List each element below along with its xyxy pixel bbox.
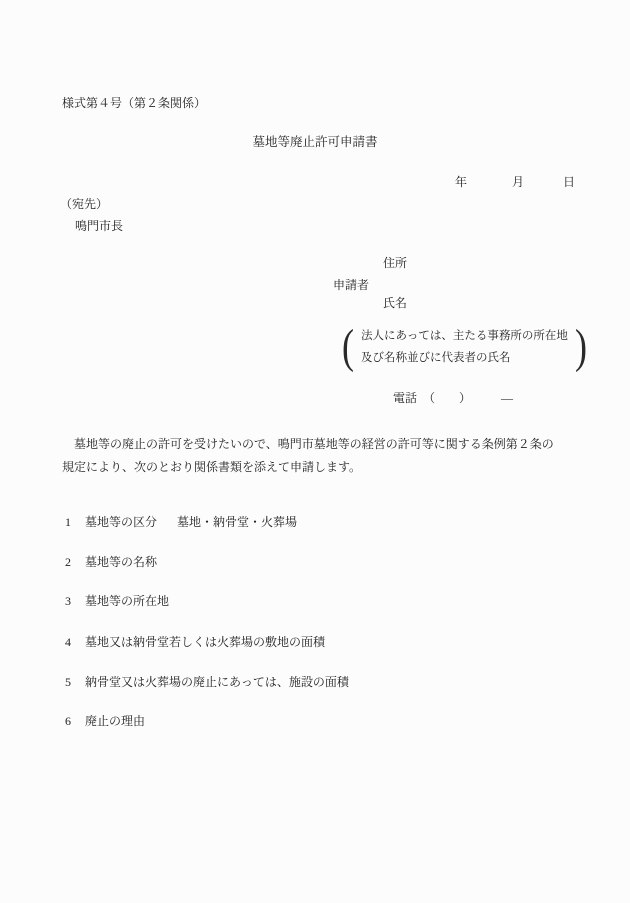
item-number: 2 xyxy=(65,555,85,570)
list-item: 5納骨堂又は火葬場の廃止にあっては、施設の面積 xyxy=(65,673,349,690)
item-number: 3 xyxy=(65,594,85,609)
item-number: 1 xyxy=(65,515,85,530)
item-value: 墓地・納骨堂・火葬場 xyxy=(177,515,297,529)
list-item: 1墓地等の区分墓地・納骨堂・火葬場 xyxy=(65,513,297,530)
item-label: 納骨堂又は火葬場の廃止にあっては、施設の面積 xyxy=(85,675,349,689)
item-label: 墓地等の区分 xyxy=(85,515,157,529)
item-number: 4 xyxy=(65,635,85,650)
item-label: 廃止の理由 xyxy=(85,714,145,728)
list-item: 6廃止の理由 xyxy=(65,712,145,729)
item-label: 墓地等の名称 xyxy=(85,555,157,569)
application-form-page: 様式第４号（第２条関係） 墓地等廃止許可申請書 年月日 （宛先） 鳴門市長 住所… xyxy=(0,0,630,903)
list-item: 2墓地等の名称 xyxy=(65,553,157,570)
item-number: 6 xyxy=(65,714,85,729)
list-item: 4墓地又は納骨堂若しくは火葬場の敷地の面積 xyxy=(65,633,325,650)
item-label: 墓地等の所在地 xyxy=(85,594,169,608)
item-number: 5 xyxy=(65,675,85,690)
item-label: 墓地又は納骨堂若しくは火葬場の敷地の面積 xyxy=(85,635,325,649)
list-item: 3墓地等の所在地 xyxy=(65,592,169,609)
item-list: 1墓地等の区分墓地・納骨堂・火葬場 2墓地等の名称 3墓地等の所在地 4墓地又は… xyxy=(0,0,630,903)
